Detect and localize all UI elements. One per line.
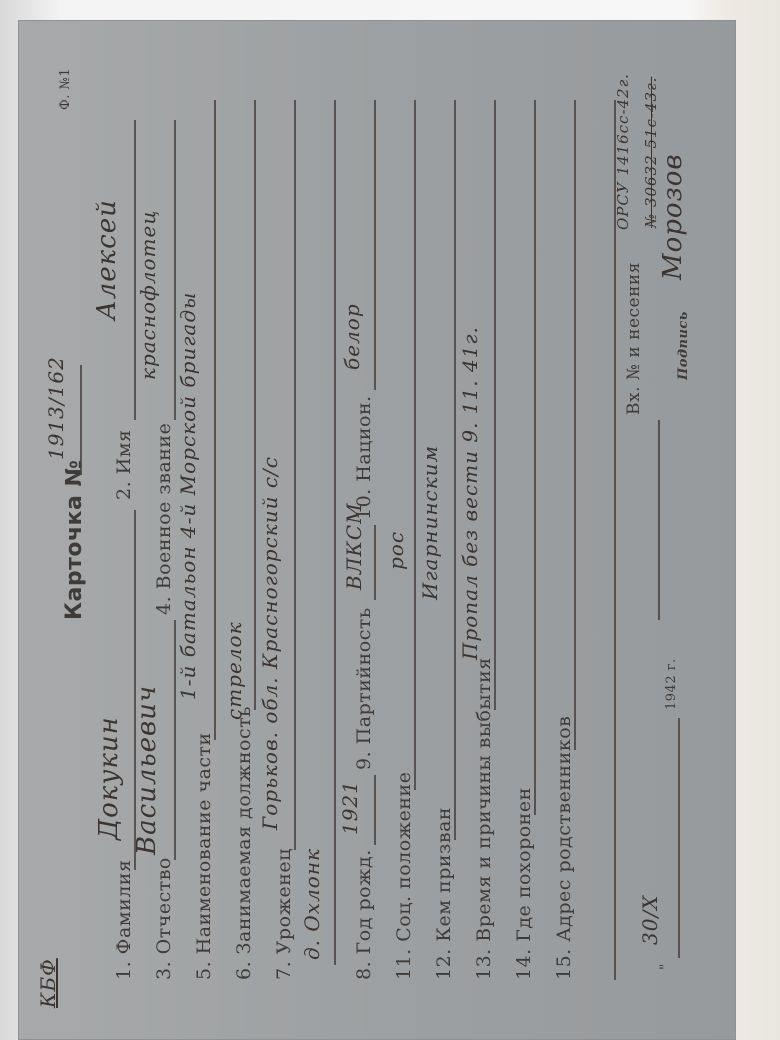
field-2-label: 2. Имя xyxy=(113,429,135,500)
field-13-label: 13. Время и причины выбытия xyxy=(473,657,495,980)
footer-year: 1942 г. xyxy=(664,658,679,710)
field-11-label: 11. Соц. положение xyxy=(393,772,415,980)
record-card: Ф. №1 КБФ Карточка № 1913/162 1. Фамилия… xyxy=(18,20,736,1040)
field-2-value: Алексей xyxy=(92,199,122,320)
field-8-label: 8. Год рожд. xyxy=(353,849,375,980)
field-5-label: 5. Наименование части xyxy=(193,732,215,980)
field-12-label: 12. Кем призван xyxy=(433,807,455,980)
field-7-value: Горьков. обл. Красногорский с/с xyxy=(258,456,282,830)
field-9-label: 9. Партийность xyxy=(353,607,375,770)
card-number-label: Карточка № xyxy=(62,460,87,620)
field-4-value: краснофлотец xyxy=(136,210,160,380)
field-10-value: белор xyxy=(340,303,364,370)
field-12-value: Игарнинским xyxy=(418,445,442,600)
incoming-label: Вх. № и несения xyxy=(624,262,644,415)
card-number: 1913/162 xyxy=(44,356,68,460)
footer-date: 30/X xyxy=(638,895,662,945)
field-7-value-2: д. Охлонк xyxy=(300,848,324,960)
field-7-label: 7. Уроженец xyxy=(273,848,295,980)
incoming-value: ОРСУ 1416сс-42г. xyxy=(614,73,632,230)
corner-mark: КБФ xyxy=(36,958,60,1008)
field-14-label: 14. Где похоронен xyxy=(513,787,535,980)
field-11-value: рос xyxy=(384,531,408,570)
field-10-label: 10. Национ. xyxy=(353,395,375,520)
field-5-value: 1-й батальон 4-й Морской бригады xyxy=(176,292,200,700)
field-3-label: 3. Отчество xyxy=(153,857,175,980)
field-1-value: Докукин xyxy=(94,716,124,840)
signature: Морозов xyxy=(658,153,688,280)
field-6-label: 6. Занимаемая должность xyxy=(233,706,255,980)
field-6-value: стрелок xyxy=(222,621,246,720)
field-13-value: Пропал без вести 9. 11. 41г. xyxy=(458,326,482,660)
field-3-value: Васильевич xyxy=(132,685,162,855)
field-15-label: 15. Адрес родственников xyxy=(553,716,575,980)
field-1-label: 1. Фамилия xyxy=(113,860,135,980)
form-code: Ф. №1 xyxy=(58,68,73,110)
rotated-document: Ф. №1 КБФ Карточка № 1913/162 1. Фамилия… xyxy=(0,0,780,1040)
field-8-value: 1921 xyxy=(338,780,362,835)
field-4-label: 4. Военное звание xyxy=(153,423,175,615)
signature-label: Подпись xyxy=(676,311,691,380)
